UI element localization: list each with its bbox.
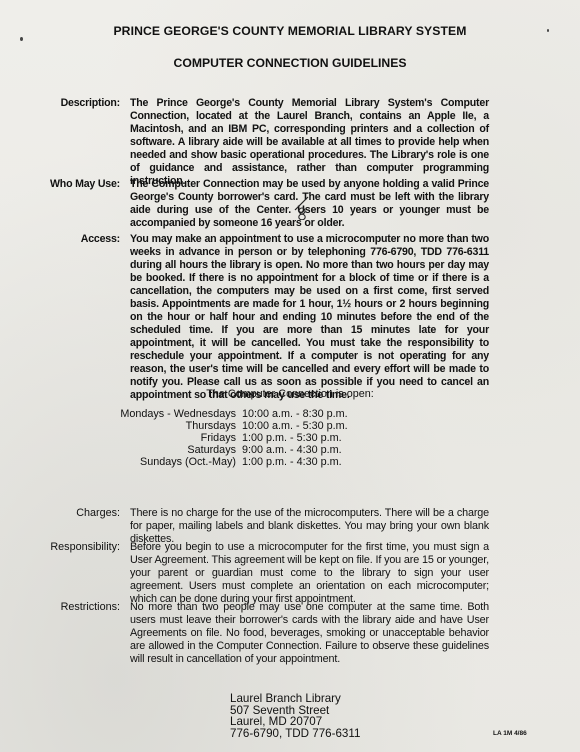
- section-label: Who May Use:: [0, 178, 120, 191]
- section-body: The Prince George's County Memorial Libr…: [130, 97, 489, 188]
- organization-heading: PRINCE GEORGE'S COUNTY MEMORIAL LIBRARY …: [0, 24, 580, 38]
- hours-row: Thursdays 10:00 a.m. - 5:30 p.m.: [0, 420, 580, 432]
- section-label: Restrictions:: [0, 601, 120, 614]
- hours-time: 9:00 a.m. - 4:30 p.m.: [242, 444, 342, 456]
- address-line: Laurel, MD 20707: [230, 716, 360, 728]
- section-label: Responsibility:: [0, 541, 120, 554]
- hours-days: Sundays (Oct.-May): [140, 456, 236, 468]
- hours-row: Fridays 1:00 p.m. - 5:30 p.m.: [0, 432, 580, 444]
- hours-row: Mondays - Wednesdays 10:00 a.m. - 8:30 p…: [0, 408, 580, 420]
- section-body: No more than two people may use one comp…: [130, 601, 489, 666]
- hours-time: 10:00 a.m. - 5:30 p.m.: [242, 420, 348, 432]
- address-line: Laurel Branch Library: [230, 693, 360, 705]
- section-body: Before you begin to use a microcomputer …: [130, 541, 489, 606]
- section-label: Access:: [0, 233, 120, 246]
- branch-address: Laurel Branch Library 507 Seventh Street…: [230, 693, 360, 739]
- hours-time: 10:00 a.m. - 8:30 p.m.: [242, 408, 348, 420]
- hours-days: Saturdays: [187, 444, 236, 456]
- section-body: You may make an appointment to use a mic…: [130, 233, 489, 402]
- hours-heading: The Computer Connection is open:: [0, 388, 580, 400]
- hours-time: 1:00 p.m. - 5:30 p.m.: [242, 432, 342, 444]
- section-body: The Computer Connection may be used by a…: [130, 178, 489, 230]
- hours-days: Mondays - Wednesdays: [120, 408, 236, 420]
- form-code: LA 1M 4/86: [493, 730, 527, 737]
- hours-time: 1:00 p.m. - 4:30 p.m.: [242, 456, 342, 468]
- hours-row: Saturdays 9:00 a.m. - 4:30 p.m.: [0, 444, 580, 456]
- section-label: Description:: [0, 97, 120, 110]
- hours-days: Thursdays: [186, 420, 236, 432]
- document-page: PRINCE GEORGE'S COUNTY MEMORIAL LIBRARY …: [0, 0, 580, 752]
- hours-days: Fridays: [201, 432, 236, 444]
- document-title: COMPUTER CONNECTION GUIDELINES: [0, 56, 580, 70]
- address-line: 776-6790, TDD 776-6311: [230, 728, 360, 740]
- struck-number: 10: [332, 204, 343, 216]
- hours-row: Sundays (Oct.-May) 1:00 p.m. - 4:30 p.m.: [0, 456, 580, 468]
- section-label: Charges:: [0, 507, 120, 520]
